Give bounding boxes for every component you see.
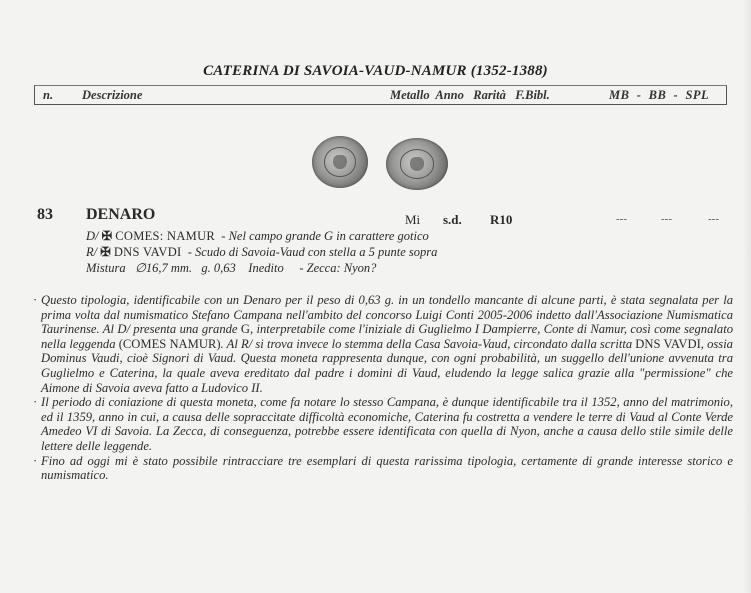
header-grades: MB - BB - SPL bbox=[609, 88, 709, 103]
entry-rarity: R10 bbox=[490, 212, 512, 228]
reverse-text: - Scudo di Savoia-Vaud con stella a 5 pu… bbox=[188, 245, 438, 259]
coin-photos bbox=[312, 132, 452, 187]
header-description: Descrizione bbox=[82, 88, 142, 103]
entry-number: 83 bbox=[37, 206, 53, 224]
note-text: Fino ad oggi mi è stato possibile rintra… bbox=[41, 454, 733, 483]
detail-alloy: Mistura bbox=[86, 261, 126, 275]
coin-reverse-image bbox=[386, 138, 448, 190]
entry-year: s.d. bbox=[443, 212, 462, 228]
entry-grade-spl: --- bbox=[708, 213, 719, 225]
reverse-description: R/ ✠ DNS VAVDI - Scudo di Savoia-Vaud co… bbox=[86, 244, 437, 260]
note-paragraph: · Il periodo di coniazione di questa mon… bbox=[33, 395, 733, 453]
entry-metal: Mi bbox=[405, 212, 420, 228]
detail-weight: g. 0,63 bbox=[201, 261, 235, 275]
page-title: CATERINA DI SAVOIA-VAUD-NAMUR (1352-1388… bbox=[0, 63, 751, 80]
reverse-legend: DNS VAVDI bbox=[114, 245, 182, 259]
coin-details: Mistura ∅16,7 mm. g. 0,63 Inedito - Zecc… bbox=[86, 260, 376, 276]
coin-obverse-image bbox=[312, 136, 368, 188]
note-text: Il periodo di coniazione di questa monet… bbox=[41, 395, 733, 453]
cross-icon: ✠ bbox=[100, 245, 110, 259]
header-number: n. bbox=[43, 88, 53, 103]
header-metal-year-rarity-bibl: Metallo Anno Rarità F.Bibl. bbox=[390, 88, 550, 103]
note-text: . Al R/ si trova invece lo stemma della … bbox=[221, 337, 636, 351]
detail-status: Inedito bbox=[248, 261, 283, 275]
entry-name: DENARO bbox=[86, 206, 155, 224]
obverse-legend: COMES: NAMUR bbox=[115, 229, 215, 243]
bullet: · bbox=[33, 395, 37, 410]
catalog-table-header: n. Descrizione Metallo Anno Rarità F.Bib… bbox=[34, 85, 727, 105]
note-text-upright: (COMES NAMUR) bbox=[119, 337, 221, 351]
commentary: · Questo tipologia, identificabile con u… bbox=[33, 293, 733, 483]
page-edge-shadow bbox=[743, 0, 751, 593]
entry-grade-mb: --- bbox=[616, 213, 627, 225]
entry-grade-bb: --- bbox=[661, 213, 672, 225]
bullet: · bbox=[33, 454, 37, 469]
detail-mint: - Zecca: Nyon? bbox=[299, 261, 376, 275]
cross-icon: ✠ bbox=[102, 229, 112, 243]
obverse-text: - Nel campo grande G in carattere gotico bbox=[221, 229, 428, 243]
note-text-upright: DNS VAVDI bbox=[635, 337, 700, 351]
note-paragraph: · Questo tipologia, identificabile con u… bbox=[33, 293, 733, 395]
reverse-prefix: R/ bbox=[86, 245, 97, 259]
detail-diameter: ∅16,7 mm. bbox=[135, 261, 192, 275]
bullet: · bbox=[33, 293, 37, 308]
note-text-upright: G bbox=[241, 322, 250, 336]
note-paragraph: · Fino ad oggi mi è stato possibile rint… bbox=[33, 454, 733, 483]
obverse-prefix: D/ bbox=[86, 229, 99, 243]
obverse-description: D/ ✠ COMES: NAMUR - Nel campo grande G i… bbox=[86, 228, 429, 244]
